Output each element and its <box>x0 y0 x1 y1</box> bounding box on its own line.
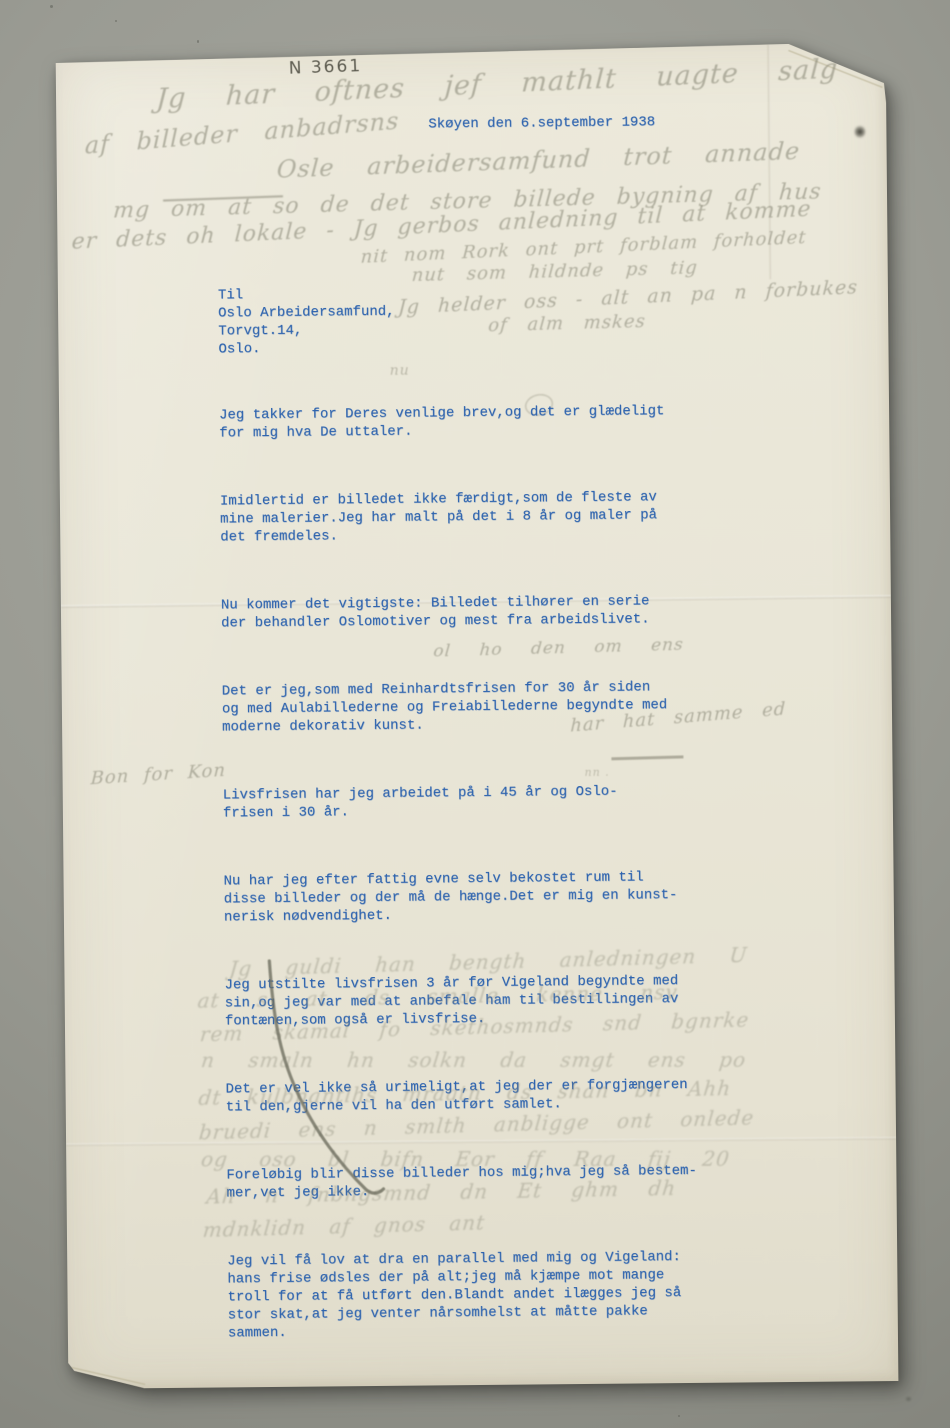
dust-speck <box>115 20 117 22</box>
photo-background: N 3661 Jg har oftnes jef mathlt uagte sa… <box>0 0 950 1428</box>
pencil-annotation: Osle arbeidersamfund trot annade <box>276 137 801 184</box>
ink-smudge <box>854 125 865 138</box>
paragraph: Imidlertid er billedet ikke færdigt,som … <box>220 488 710 547</box>
dust-speck <box>678 1415 680 1417</box>
dust-speck <box>906 1397 911 1401</box>
dust-speck <box>197 40 199 43</box>
recipient-block: Til Oslo Arbeidersamfund, Torvgt.14, Osl… <box>218 282 709 359</box>
pencil-draft-line: og oso bl bifn Eor ff Raa fij 20 <box>200 1147 731 1171</box>
pencil-draft-line: n smaln hn solkn da smgt ens po <box>200 1048 748 1072</box>
paragraph: Livsfrisen har jeg arbeidet på i 45 år o… <box>223 782 713 823</box>
fold-crease-bottom-left <box>71 1367 145 1385</box>
paragraph: Nu har jeg efter fattig evne selv bekost… <box>223 868 713 927</box>
paper-sheet: N 3661 Jg har oftnes jef mathlt uagte sa… <box>56 43 899 1389</box>
date-line: Skøyen den 6.september 1938 <box>428 113 655 133</box>
pencil-note-margin: Bon for Kon <box>90 760 226 789</box>
pencil-note: nn . <box>584 766 609 779</box>
paragraph: Nu kommer det vigtigste: Billedet tilhør… <box>221 592 711 633</box>
pencil-annotation: af billeder anbadrsns <box>85 107 400 160</box>
paragraph: Jeg vil få lov at dra en parallel med mi… <box>227 1248 718 1343</box>
pencil-annotation: Jg har oftnes jef mathlt uagte salg <box>155 54 839 115</box>
dust-speck <box>50 5 53 8</box>
pencil-note-above-ikke: nu <box>390 363 410 379</box>
paper-position-wrapper: N 3661 Jg har oftnes jef mathlt uagte sa… <box>56 43 899 1389</box>
paragraph: Jeg takker for Deres venlige brev,og det… <box>219 402 709 443</box>
